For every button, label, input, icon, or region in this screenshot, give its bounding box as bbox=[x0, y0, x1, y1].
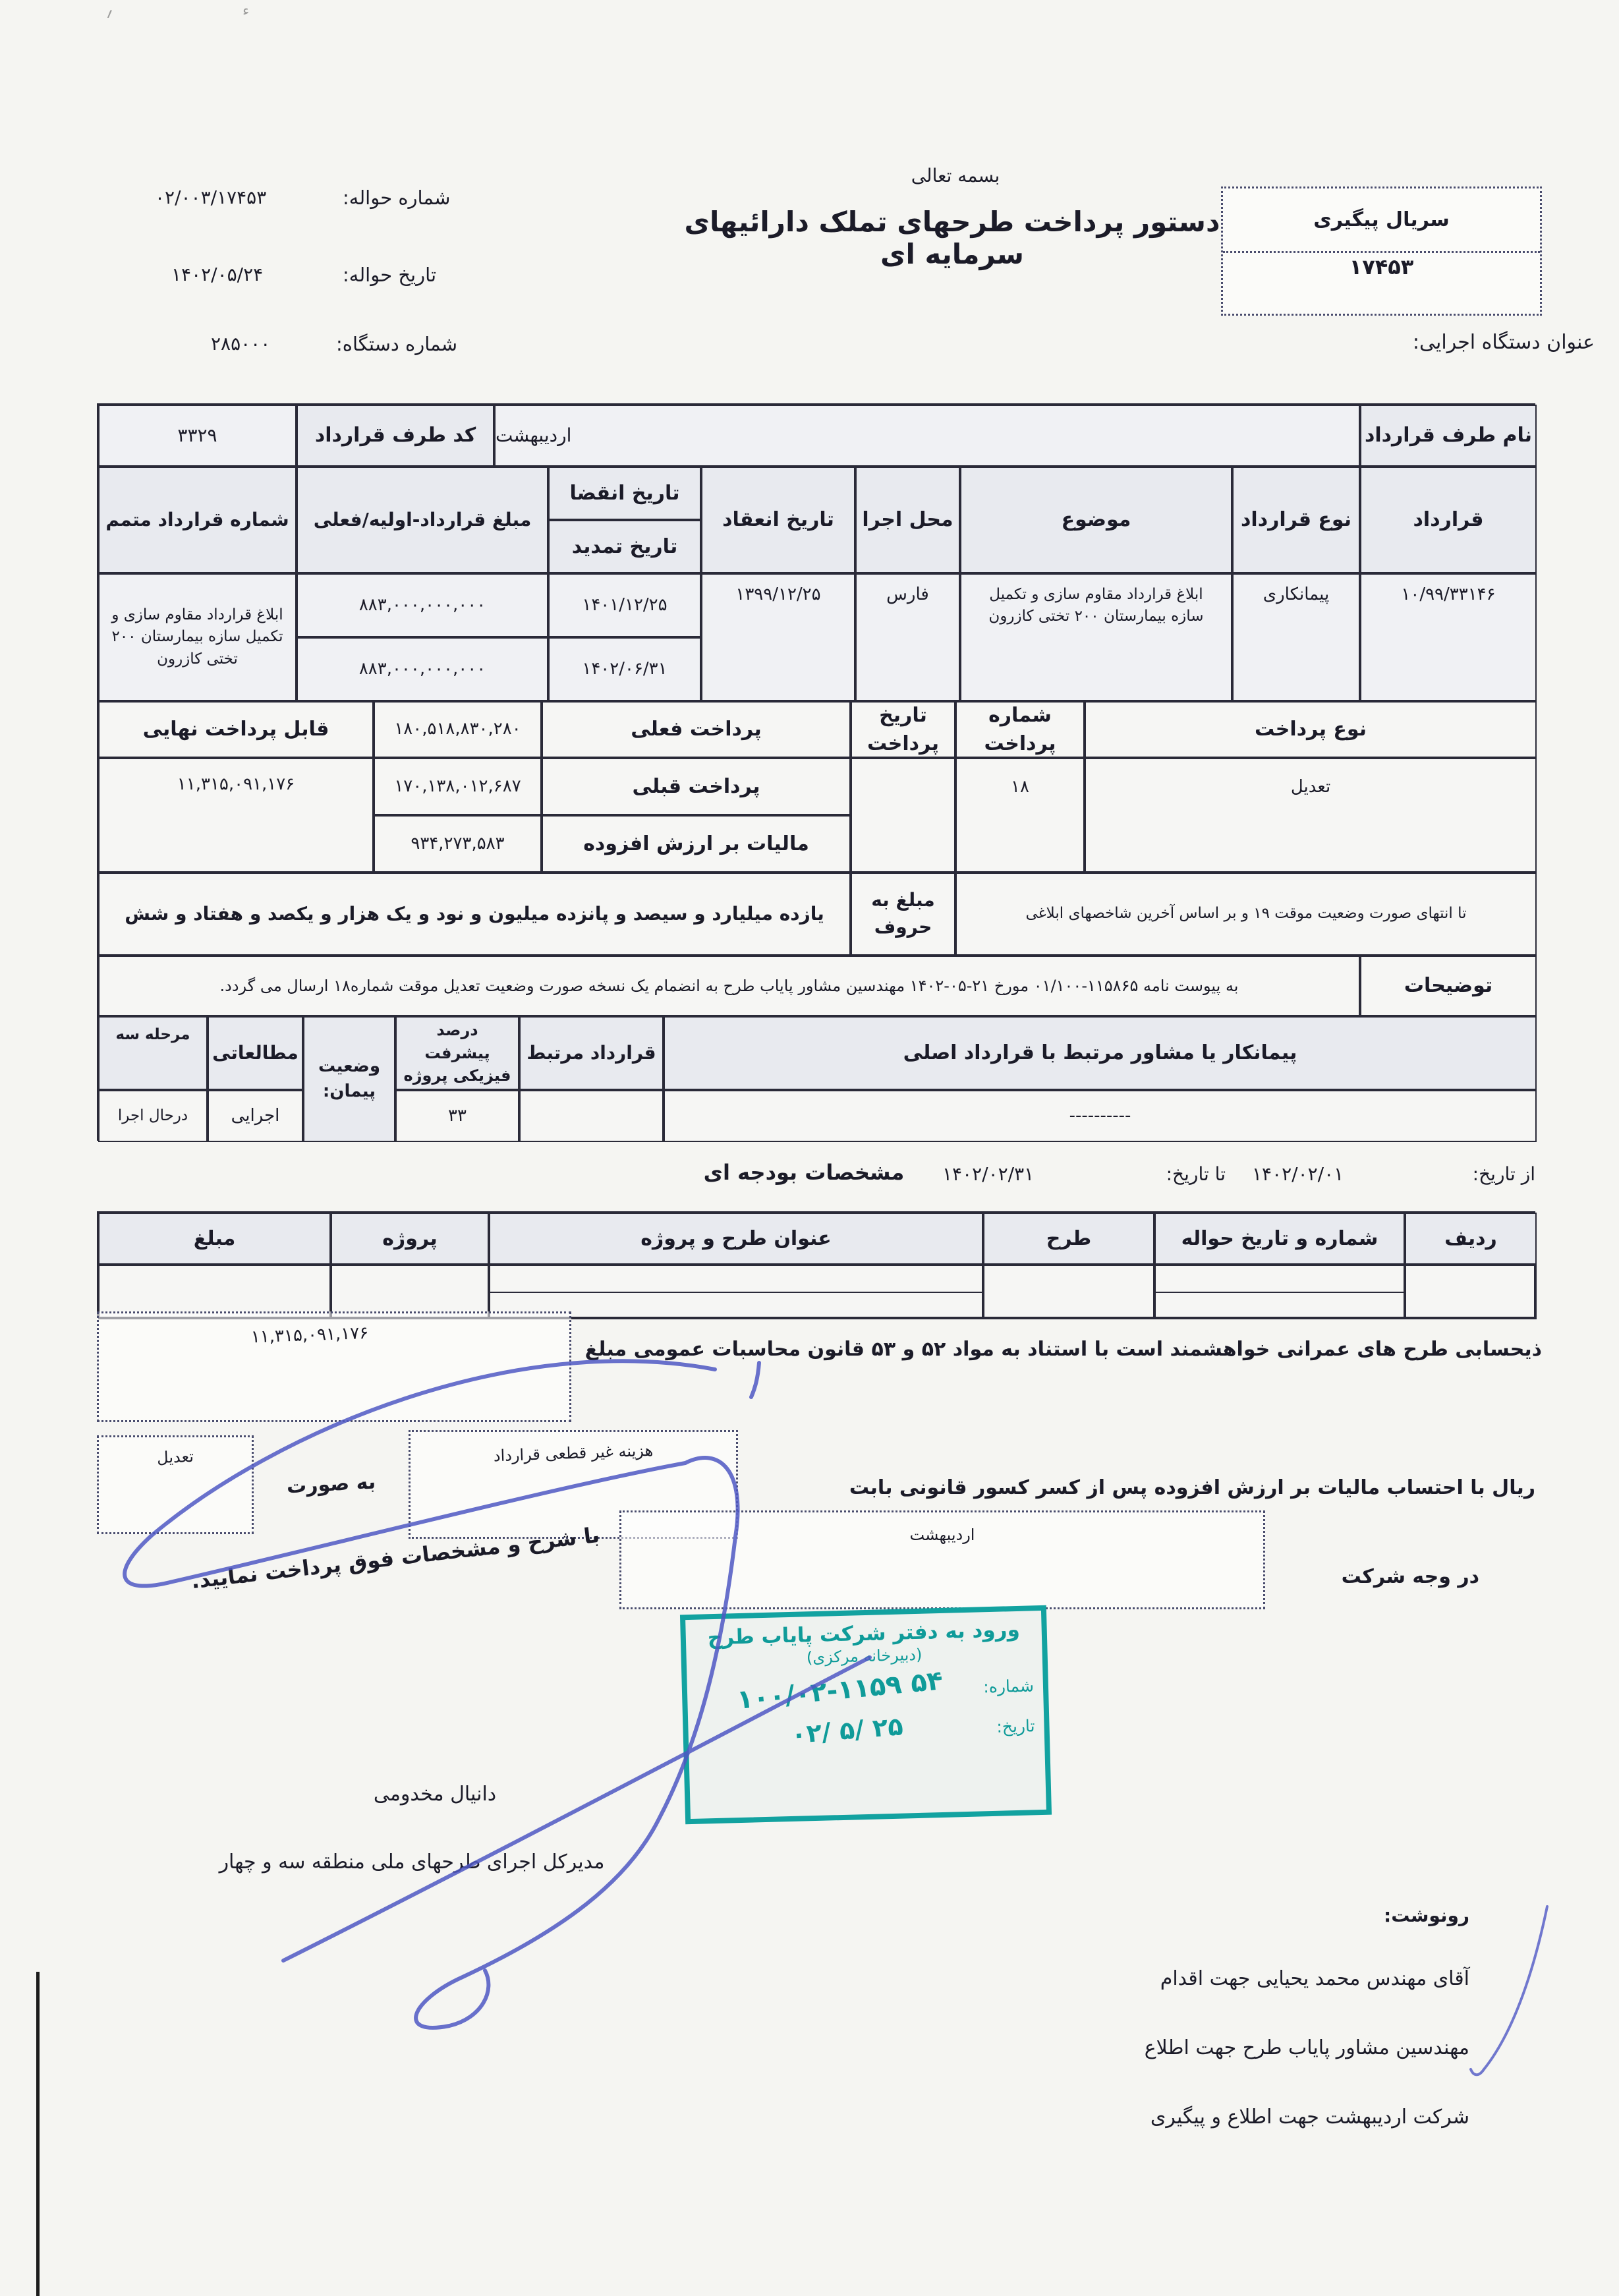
cc-label: رونوشت: bbox=[1120, 1905, 1469, 1926]
previous-payment-label: پرداخت قبلی bbox=[542, 758, 851, 815]
budget-col-project: پروژه bbox=[331, 1213, 489, 1265]
phase-header: مرحله سه bbox=[98, 1016, 208, 1090]
budget-col-amount: مبلغ bbox=[98, 1213, 331, 1265]
amount-figures-value: ۱۱,۳۱۵,۰۹۱,۱۷۶ bbox=[138, 1319, 482, 1351]
payment-number-value: ۱۸ bbox=[955, 758, 1085, 873]
scan-artifact: ء bbox=[242, 3, 249, 19]
budget-col-havaleh: شماره و تاریخ حواله bbox=[1154, 1213, 1405, 1265]
signer-title: مدیرکل اجرای طرحهای ملی منطقه سه و چهار bbox=[142, 1851, 682, 1874]
extend-date-value: ۱۴۰۲/۰۶/۳۱ bbox=[548, 637, 701, 701]
contract-table: نام طرف قرارداد اردیبهشت کد طرف قرارداد … bbox=[97, 403, 1535, 1141]
payee-box: اردیبهشت bbox=[619, 1510, 1265, 1609]
budget-col-row: ردیف bbox=[1405, 1213, 1537, 1265]
period-from-label: از تاریخ: bbox=[1397, 1163, 1535, 1185]
payee-label: در وجه شرکت bbox=[1295, 1565, 1479, 1588]
payee-value: اردیبهشت bbox=[621, 1526, 1263, 1544]
amount-words-label: مبلغ به حروف bbox=[851, 873, 955, 956]
supplement-value: ابلاغ قرارداد مقاوم سازی و تکمیل سازه بی… bbox=[98, 573, 297, 701]
as-box: تعدیل bbox=[97, 1435, 254, 1534]
payment-number-header: شماره پرداخت bbox=[955, 701, 1085, 758]
related-contractor-header: پیمانکار یا مشاور مرتبط با قرارداد اصلی bbox=[664, 1016, 1537, 1090]
stamp-date-label: تاریخ: bbox=[996, 1716, 1035, 1736]
party-code-value: ۳۳۲۹ bbox=[98, 405, 297, 467]
contract-no-header: قرارداد bbox=[1360, 467, 1537, 573]
as-value: تعدیل bbox=[99, 1445, 252, 1469]
scan-artifact: ؍ bbox=[105, 5, 114, 22]
related-contract-value bbox=[519, 1090, 664, 1142]
budget-divider bbox=[489, 1292, 983, 1293]
document-sheet: ؍ ء سریال پیگیری ۱۷۴۵۳ بسمه تعالی دستور … bbox=[0, 0, 1619, 2296]
havaleh-no-label: شماره حواله: bbox=[343, 187, 455, 209]
stamp-number-label: شماره: bbox=[983, 1676, 1034, 1696]
amount-current-value: ۸۸۳,۰۰۰,۰۰۰,۰۰۰ bbox=[297, 637, 548, 701]
previous-payment-value: ۱۷۰,۱۳۸,۰۱۲,۶۸۷ bbox=[374, 758, 542, 815]
expire-date-header: تاریخ انقضا bbox=[548, 467, 701, 520]
signer-name: دانیال مخدومی bbox=[316, 1783, 554, 1806]
period-to-label: تا تاریخ: bbox=[1094, 1163, 1226, 1185]
payment-type-value: تعدیل bbox=[1085, 758, 1537, 873]
device-no-value: ۲۸۵۰۰۰ bbox=[211, 333, 306, 355]
budget-cell-empty bbox=[983, 1265, 1154, 1319]
expense-type-value: هزینه غیر قطعی قرارداد bbox=[411, 1438, 737, 1468]
phase-value: درحال اجرا bbox=[98, 1090, 208, 1142]
havaleh-no-value: ۰۲/۰۰۳/۱۷۴۵۳ bbox=[155, 187, 306, 208]
cc-item-3: شرکت اردیبهشت جهت اطلاع و پیگیری bbox=[1054, 2106, 1469, 2129]
scan-edge-line bbox=[36, 1972, 40, 2296]
sign-date-value: ۱۳۹۹/۱۲/۲۵ bbox=[701, 573, 855, 701]
amount-header: مبلغ قرارداد-اولیه/فعلی bbox=[297, 467, 548, 573]
checkmark-stroke bbox=[1471, 1907, 1547, 2075]
besmellah-line: بسمه تعالی bbox=[784, 165, 1127, 187]
as-label: به صورت bbox=[273, 1470, 389, 1499]
cc-item-2: مهندسین مشاور پایاب طرح جهت اطلاع bbox=[1054, 2036, 1469, 2059]
party-name-header: نام طرف قرارداد bbox=[1360, 405, 1537, 467]
authorization-line2: ریال با احتساب مالیات بر ارزش افزوده پس … bbox=[764, 1476, 1535, 1499]
sign-date-header: تاریخ انعقاد bbox=[701, 467, 855, 573]
extend-date-header: تاریخ تمدید bbox=[548, 520, 701, 573]
subject-value: ابلاغ قرارداد مقاوم سازی و تکمیل سازه بی… bbox=[960, 573, 1232, 701]
expire-date-value: ۱۴۰۱/۱۲/۲۵ bbox=[548, 573, 701, 637]
amount-words-value: یازده میلیارد و سیصد و پانزده میلیون و ن… bbox=[98, 873, 851, 956]
budget-cell-empty bbox=[1405, 1265, 1537, 1319]
progress-header: درصد پیشرفت فیزیکی پروژه bbox=[395, 1016, 519, 1090]
current-payment-label: پرداخت فعلی bbox=[542, 701, 851, 758]
period-to-value: ۱۴۰۲/۰۲/۳۱ bbox=[942, 1163, 1087, 1185]
page-title: دستور پرداخت طرحهای تملک دارائیهای سرمای… bbox=[652, 206, 1252, 270]
serial-value: ۱۷۴۵۳ bbox=[1223, 254, 1540, 279]
entry-stamp: ورود به دفتر شرکت پایاب طرح (دبیرخانه مر… bbox=[680, 1605, 1052, 1824]
budget-table: ردیف شماره و تاریخ حواله طرح عنوان طرح و… bbox=[97, 1211, 1535, 1318]
budget-section-title: مشخصات بودجه ای bbox=[672, 1160, 936, 1185]
serial-label: سریال پیگیری bbox=[1223, 188, 1540, 253]
amount-figures-box: ۱۱,۳۱۵,۰۹۱,۱۷۶ bbox=[97, 1311, 571, 1422]
final-payable-value: ۱۱,۳۱۵,۰۹۱,۱۷۶ bbox=[98, 758, 374, 873]
period-from-value: ۱۴۰۲/۰۲/۰۱ bbox=[1252, 1163, 1390, 1185]
payment-date-value bbox=[851, 758, 955, 873]
current-payment-value: ۱۸۰,۵۱۸,۸۳۰,۲۸۰ bbox=[374, 701, 542, 758]
amount-initial-value: ۸۸۳,۰۰۰,۰۰۰,۰۰۰ bbox=[297, 573, 548, 637]
payment-type-header: نوع پرداخت bbox=[1085, 701, 1537, 758]
device-no-label: شماره دستگاه: bbox=[336, 333, 458, 355]
study-header: مطالعاتی bbox=[208, 1016, 303, 1090]
location-value: فارس bbox=[855, 573, 960, 701]
contract-no-value: ۱۰/۹۹/۳۳۱۴۶ bbox=[1360, 573, 1537, 701]
budget-divider bbox=[1154, 1292, 1405, 1293]
serial-tracking-box: سریال پیگیری ۱۷۴۵۳ bbox=[1221, 187, 1542, 316]
notes-value: به پیوست نامه ۱۱۵۸۶۵-۰۱/۱۰۰ مورخ ۲۱-۰۵-۱… bbox=[98, 956, 1360, 1016]
party-name-value: اردیبهشت bbox=[494, 405, 1360, 467]
party-code-header: کد طرف قرارداد bbox=[297, 405, 494, 467]
payment-date-header: تاریخ پرداخت bbox=[851, 701, 955, 758]
study-value: اجرایی bbox=[208, 1090, 303, 1142]
status-header: وضعیت پیمان: bbox=[303, 1016, 395, 1142]
related-contractor-value: ---------- bbox=[664, 1090, 1537, 1142]
basis-note: تا انتهای صورت وضعیت موقت ۱۹ و بر اساس آ… bbox=[955, 873, 1537, 956]
final-payable-header: قابل پرداخت نهایی bbox=[98, 701, 374, 758]
progress-value: ۳۳ bbox=[395, 1090, 519, 1142]
vat-value: ۹۳۴,۲۷۳,۵۸۳ bbox=[374, 815, 542, 873]
vat-label: مالیات بر ارزش افزوده bbox=[542, 815, 851, 873]
cc-item-1: آقای مهندس محمد یحیایی جهت اقدام bbox=[1054, 1967, 1469, 1990]
contract-type-value: پیمانکاری bbox=[1232, 573, 1360, 701]
agency-label: عنوان دستگاه اجرایی: bbox=[1344, 331, 1595, 354]
havaleh-date-label: تاریخ حواله: bbox=[343, 264, 455, 286]
notes-label: توضیحات bbox=[1360, 956, 1537, 1016]
subject-header: موضوع bbox=[960, 467, 1232, 573]
related-contract-header: قرارداد مرتبط bbox=[519, 1016, 664, 1090]
budget-col-title: عنوان طرح و پروژه bbox=[489, 1213, 983, 1265]
havaleh-date-value: ۱۴۰۲/۰۵/۲۴ bbox=[171, 264, 306, 285]
location-header: محل اجرا bbox=[855, 467, 960, 573]
budget-col-tarh: طرح bbox=[983, 1213, 1154, 1265]
contract-type-header: نوع قرارداد bbox=[1232, 467, 1360, 573]
authorization-line1: ذیحسابی طرح های عمرانی خواهشمند است با ا… bbox=[461, 1338, 1542, 1361]
supplement-header: شماره قرارداد متمم bbox=[98, 467, 297, 573]
